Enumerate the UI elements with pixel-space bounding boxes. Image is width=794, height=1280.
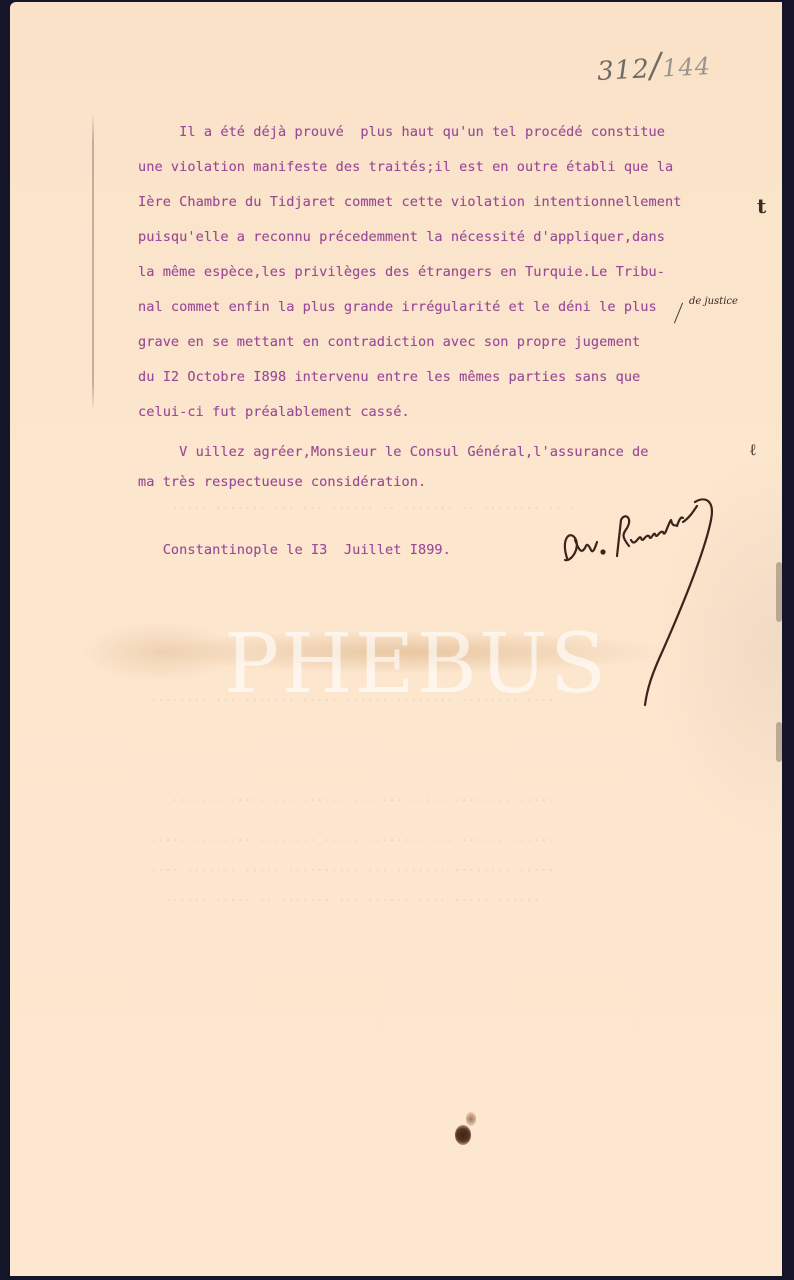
folio-separator: / bbox=[649, 46, 664, 87]
bleed-through-text: ...... ..... .. ....... ... ...... .... … bbox=[150, 890, 750, 904]
handwritten-margin-t: t bbox=[757, 194, 766, 218]
body-line: nal commet enfin la plus grande irrégula… bbox=[138, 297, 657, 317]
bleed-through-text: ..... ........ ........ ..... ........ .… bbox=[150, 830, 750, 844]
ink-stain bbox=[455, 1125, 471, 1145]
ink-stain bbox=[466, 1112, 476, 1126]
body-line: la même espèce,les privilèges des étrang… bbox=[138, 262, 665, 282]
margin-pencil-line bbox=[92, 112, 94, 412]
body-line: une violation manifeste des traités;il e… bbox=[138, 157, 673, 177]
closing-line: V uillez agréer,Monsieur le Consul Génér… bbox=[138, 442, 649, 462]
place-date: Constantinople le I3 Juillet I899. bbox=[138, 540, 451, 560]
body-line: grave en se mettant en contradiction ave… bbox=[138, 332, 640, 352]
folio-main: 312 bbox=[596, 54, 650, 87]
page-edge-shadow bbox=[776, 722, 782, 762]
page-edge-shadow bbox=[776, 562, 782, 622]
body-line: Ière Chambre du Tidjaret commet cette vi… bbox=[138, 192, 681, 212]
body-line: celui-ci fut préalablement cassé. bbox=[138, 402, 410, 422]
body-line: puisqu'elle a reconnu précedemment la né… bbox=[138, 227, 665, 247]
folio-number: 312/144 bbox=[596, 43, 712, 89]
body-line: du I2 Octobre I898 intervenu entre les m… bbox=[138, 367, 640, 387]
closing-line: ma très respectueuse considération. bbox=[138, 472, 426, 492]
handwritten-insertion: de justice bbox=[689, 296, 738, 307]
phebus-watermark: PHEBUS bbox=[224, 617, 608, 712]
bleed-through-text: ....... ..... ... ...... ... ... ..... .… bbox=[150, 790, 750, 804]
handwritten-margin-mark: ℓ bbox=[750, 440, 756, 460]
folio-sub: 144 bbox=[662, 52, 712, 83]
body-line: Il a été déjà prouvé plus haut qu'un tel… bbox=[138, 122, 665, 142]
bleed-through-text: .... ....... ..... .......... ... ......… bbox=[150, 860, 750, 874]
